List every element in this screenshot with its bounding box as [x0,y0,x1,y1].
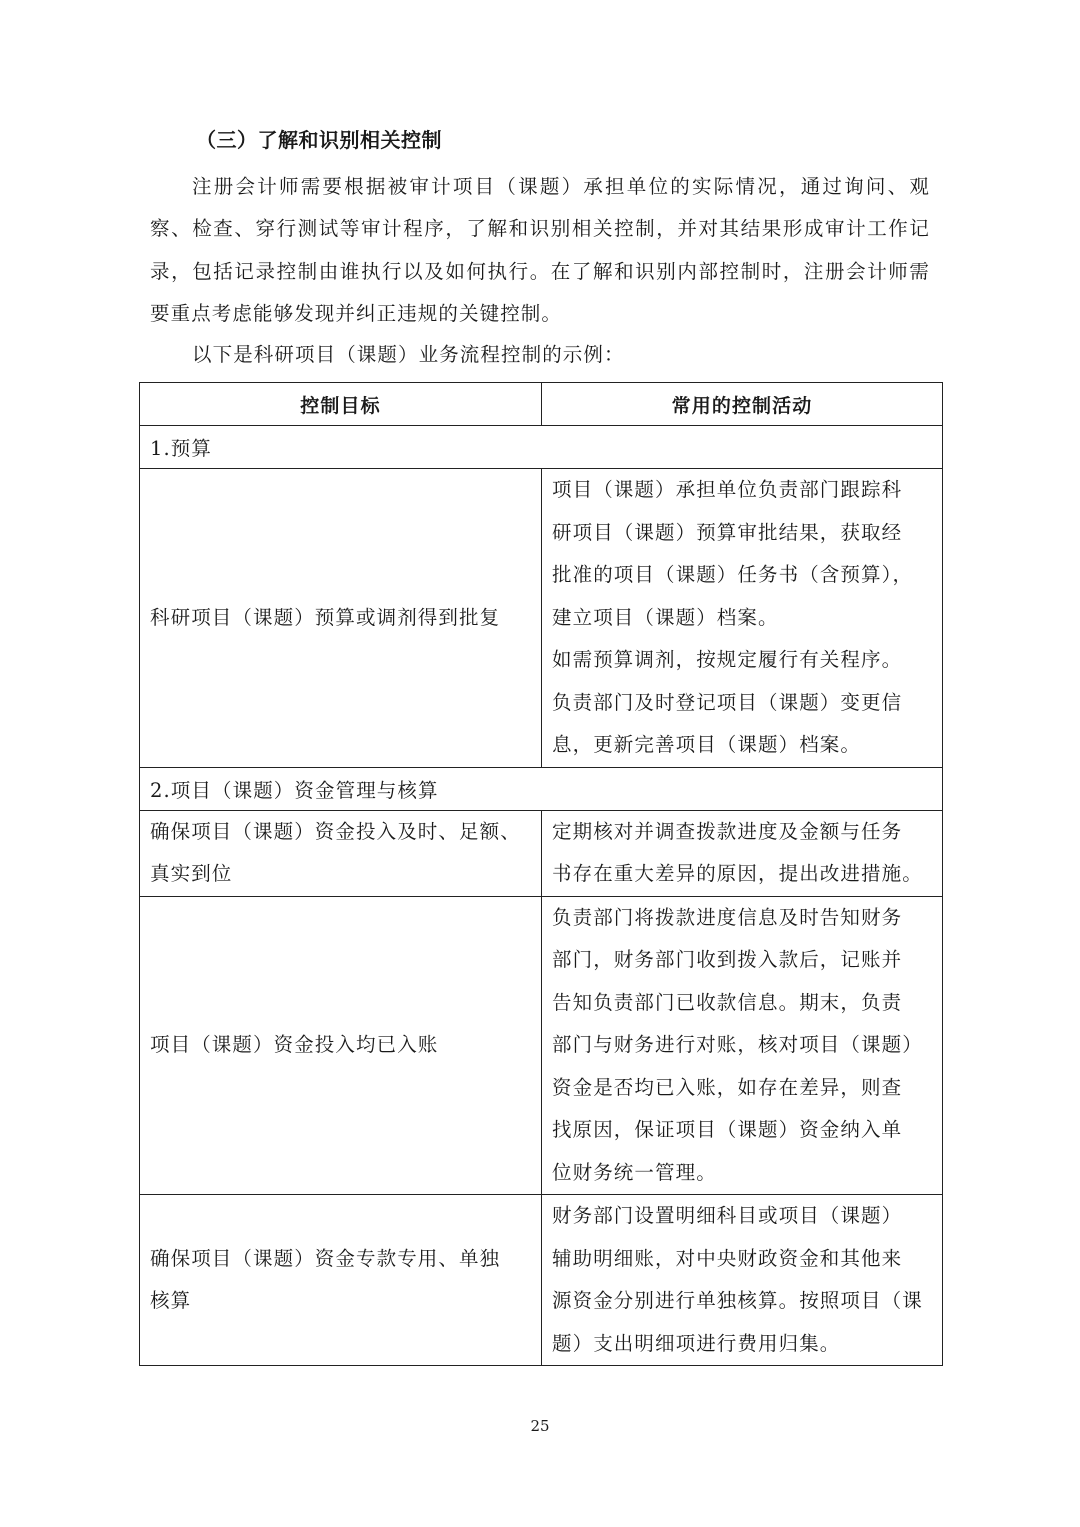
activity-cell: 项目（课题）承担单位负责部门跟踪科 研项目（课题）预算审批结果，获取经 批准的项… [542,469,943,768]
table-row: 项目（课题）资金投入均已入账 负责部门将拨款进度信息及时告知财务 部门，财务部门… [140,896,943,1195]
document-page: （三）了解和识别相关控制 注册会计师需要根据被审计项目（课题）承担单位的实际情况… [0,0,1080,1527]
activity-line: 建立项目（课题）档案。 [552,597,932,640]
table-header-row: 控制目标 常用的控制活动 [140,383,943,426]
activity-line: 资金是否均已入账，如存在差异，则查 [552,1067,932,1110]
table-row: 确保项目（课题）资金专款专用、单独 核算 财务部门设置明细科目或项目（课题） 辅… [140,1195,943,1366]
section-title: 1.预算 [140,426,943,469]
section-row-funds: 2.项目（课题）资金管理与核算 [140,767,943,810]
activity-line: 书存在重大差异的原因，提出改进措施。 [552,853,932,896]
objective-line: 确保项目（课题）资金投入及时、足额、 [150,811,531,854]
activity-line: 批准的项目（课题）任务书（含预算）， [552,554,932,597]
objective-cell: 科研项目（课题）预算或调剂得到批复 [140,469,542,768]
intro-paragraph: 注册会计师需要根据被审计项目（课题）承担单位的实际情况，通过询问、观察、检查、穿… [150,166,930,335]
activity-cell: 定期核对并调查拨款进度及金额与任务 书存在重大差异的原因，提出改进措施。 [542,810,943,896]
header-control-activities: 常用的控制活动 [542,383,943,426]
activity-cell: 负责部门将拨款进度信息及时告知财务 部门，财务部门收到拨入款后，记账并 告知负责… [542,896,943,1195]
section-row-budget: 1.预算 [140,426,943,469]
activity-line: 告知负责部门已收款信息。期末，负责 [552,982,932,1025]
activity-line: 辅助明细账，对中央财政资金和其他来 [552,1238,932,1281]
activity-line: 部门，财务部门收到拨入款后，记账并 [552,939,932,982]
activity-line: 负责部门及时登记项目（课题）变更信 [552,682,932,725]
activity-line: 财务部门设置明细科目或项目（课题） [552,1195,932,1238]
activity-cell: 财务部门设置明细科目或项目（课题） 辅助明细账，对中央财政资金和其他来 源资金分… [542,1195,943,1366]
example-intro-paragraph: 以下是科研项目（课题）业务流程控制的示例： [150,334,930,376]
activity-line: 息，更新完善项目（课题）档案。 [552,724,932,767]
activity-line: 找原因，保证项目（课题）资金纳入单 [552,1109,932,1152]
objective-cell: 确保项目（课题）资金专款专用、单独 核算 [140,1195,542,1366]
activity-line: 研项目（课题）预算审批结果，获取经 [552,512,932,555]
activity-line: 部门与财务进行对账，核对项目（课题） [552,1024,932,1067]
table-row: 确保项目（课题）资金投入及时、足额、 真实到位 定期核对并调查拨款进度及金额与任… [140,810,943,896]
objective-line: 确保项目（课题）资金专款专用、单独 [150,1238,531,1281]
objective-line: 核算 [150,1280,531,1323]
objective-cell: 项目（课题）资金投入均已入账 [140,896,542,1195]
activity-line: 位财务统一管理。 [552,1152,932,1195]
activity-line: 源资金分别进行单独核算。按照项目（课 [552,1280,932,1323]
activity-line: 如需预算调剂，按规定履行有关程序。 [552,639,932,682]
table-row: 科研项目（课题）预算或调剂得到批复 项目（课题）承担单位负责部门跟踪科 研项目（… [140,469,943,768]
control-table: 控制目标 常用的控制活动 1.预算 科研项目（课题）预算或调剂得到批复 项目（课… [139,382,943,1366]
header-control-objective: 控制目标 [140,383,542,426]
activity-line: 负责部门将拨款进度信息及时告知财务 [552,897,932,940]
activity-line: 题）支出明细项进行费用归集。 [552,1323,932,1366]
objective-cell: 确保项目（课题）资金投入及时、足额、 真实到位 [140,810,542,896]
objective-line: 真实到位 [150,853,531,896]
section-title: 2.项目（课题）资金管理与核算 [140,767,943,810]
section-heading: （三）了解和识别相关控制 [196,124,442,153]
page-number: 25 [0,1417,1080,1435]
activity-line: 项目（课题）承担单位负责部门跟踪科 [552,469,932,512]
activity-line: 定期核对并调查拨款进度及金额与任务 [552,811,932,854]
